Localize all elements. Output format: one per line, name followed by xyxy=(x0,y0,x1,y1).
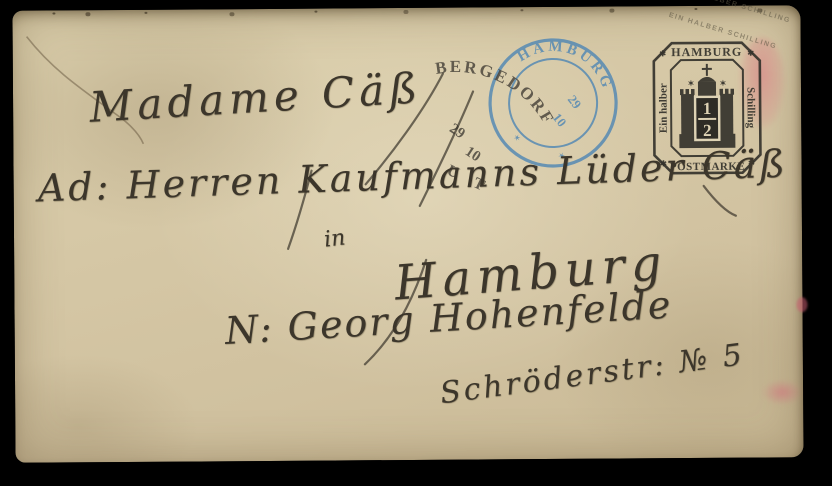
envelope-cover: EIN HALBER SCHILLING EIN HALBER SCHILLIN… xyxy=(12,5,803,462)
photo-background: { "scene": { "background_color": "#00000… xyxy=(0,0,832,486)
pen-flourish-strokes xyxy=(12,5,803,462)
